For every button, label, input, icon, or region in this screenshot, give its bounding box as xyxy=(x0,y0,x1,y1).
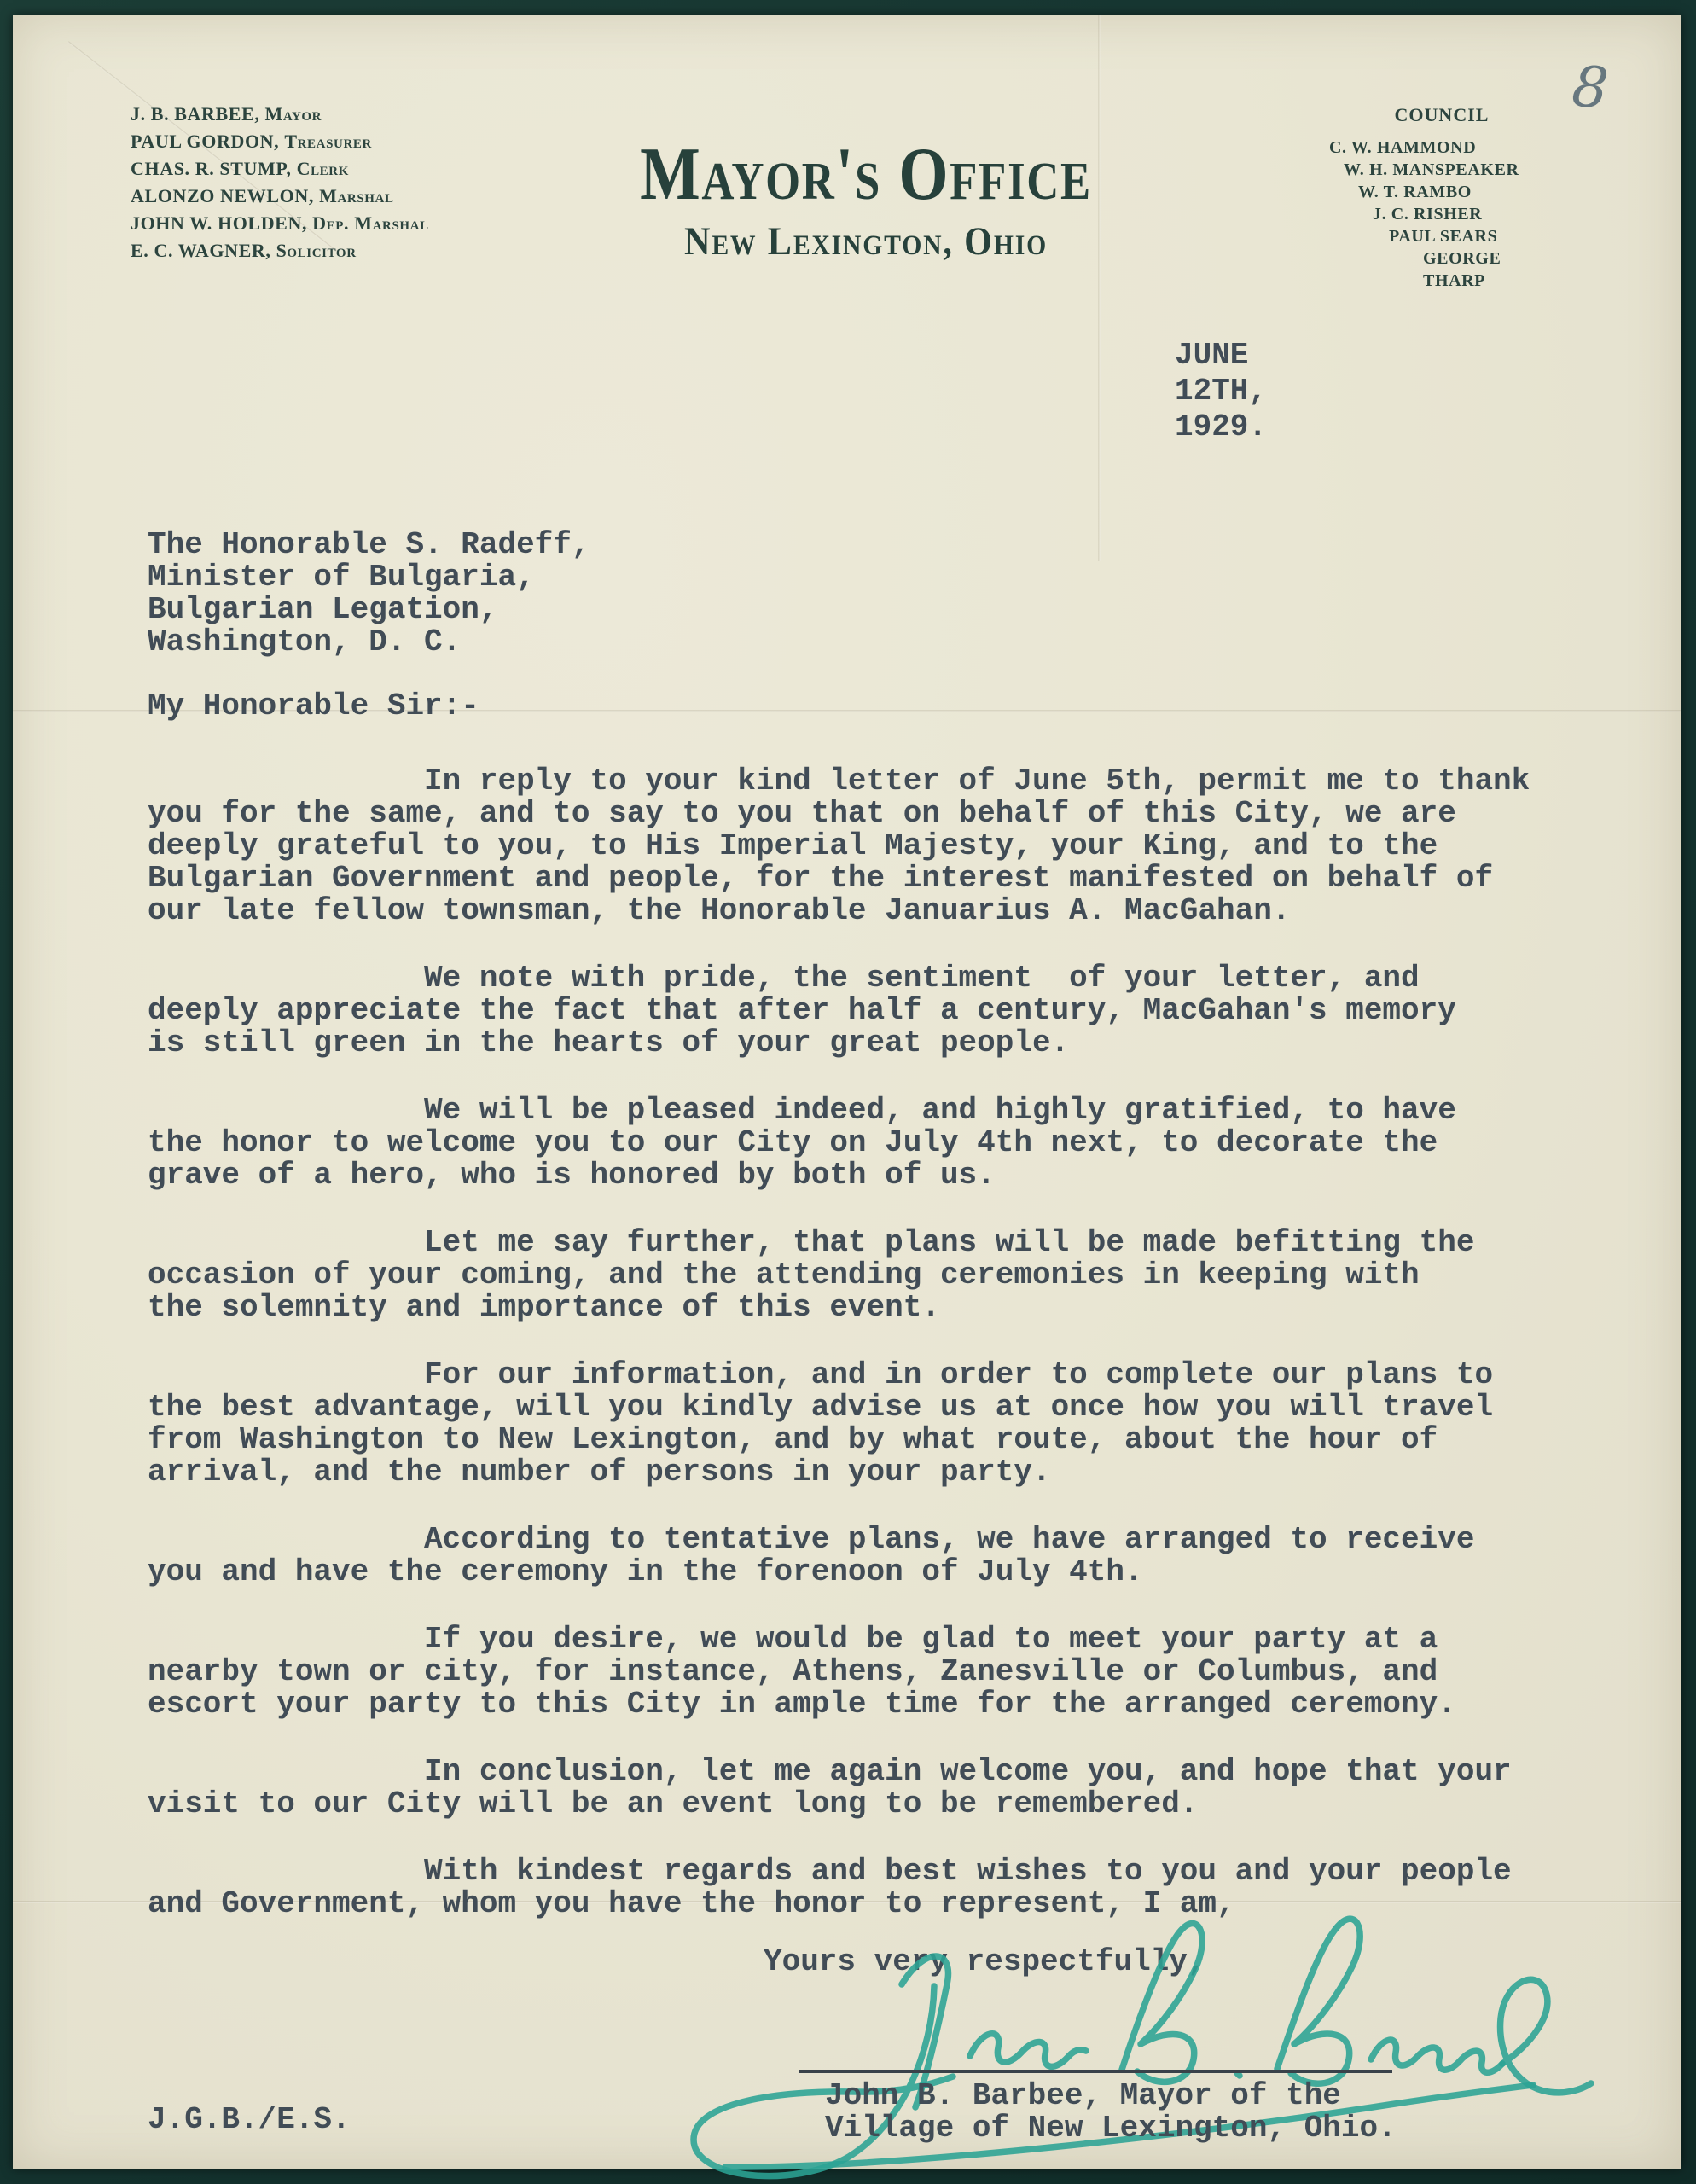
text-line: is still green in the hearts of your gre… xyxy=(148,1027,1623,1060)
handwritten-page-number: 8 xyxy=(1570,53,1612,121)
body-paragraphs: In reply to your kind letter of June 5th… xyxy=(148,765,1623,1920)
text-line: JUNE xyxy=(1175,338,1267,374)
text-line: grave of a hero, who is honored by both … xyxy=(148,1159,1623,1192)
text-line: Washington, D. C. xyxy=(148,626,1623,659)
text-line: Village of New Lexington, Ohio. xyxy=(825,2112,1397,2145)
body-paragraph: For our information, and in order to com… xyxy=(148,1359,1623,1489)
official-name: JOHN W. HOLDEN, xyxy=(131,212,312,234)
text-line: occasion of your coming, and the attendi… xyxy=(148,1259,1623,1292)
office-location: New Lexington, Ohio xyxy=(605,218,1127,264)
text-line: According to tentative plans, we have ar… xyxy=(148,1524,1623,1556)
text-line: our late fellow townsman, the Honorable … xyxy=(148,895,1623,927)
official-role: Marshal xyxy=(319,185,393,206)
text-line: the best advantage, will you kindly advi… xyxy=(148,1391,1623,1424)
text-line: The Honorable S. Radeff, xyxy=(148,529,1623,561)
fold-crease-vertical xyxy=(1098,15,1101,561)
text-line: We note with pride, the sentiment of you… xyxy=(148,962,1623,995)
text-line: We will be pleased indeed, and highly gr… xyxy=(148,1095,1623,1127)
text-line: For our information, and in order to com… xyxy=(148,1359,1623,1391)
letter-body: The Honorable S. Radeff,Minister of Bulg… xyxy=(148,529,1623,1920)
body-paragraph: Let me say further, that plans will be m… xyxy=(148,1227,1623,1324)
official-row: CHAS. R. STUMP, Clerk xyxy=(131,155,429,183)
date-block: JUNE12TH,1929. xyxy=(1175,338,1267,445)
text-line: PAUL SEARS xyxy=(1389,225,1565,247)
council-members-list: C. W. HAMMONDW. H. MANSPEAKERW. T. RAMBO… xyxy=(1327,136,1565,292)
letter-page: J. B. BARBEE, MayorPAUL GORDON, Treasure… xyxy=(13,15,1681,2169)
official-name: J. B. BARBEE, xyxy=(131,103,265,125)
official-row: E. C. WAGNER, Solicitor xyxy=(131,237,429,264)
text-line: C. W. HAMMOND xyxy=(1329,136,1565,159)
text-line: visit to our City will be an event long … xyxy=(148,1788,1623,1821)
official-row: J. B. BARBEE, Mayor xyxy=(131,101,429,128)
text-line: Let me say further, that plans will be m… xyxy=(148,1227,1623,1259)
official-role: Dep. Marshal xyxy=(312,212,429,234)
text-line: deeply appreciate the fact that after ha… xyxy=(148,995,1623,1027)
official-name: ALONZO NEWLON, xyxy=(131,185,319,206)
official-role: Mayor xyxy=(265,103,322,125)
text-line: J. C. RISHER xyxy=(1373,203,1565,225)
body-paragraph: We note with pride, the sentiment of you… xyxy=(148,962,1623,1060)
text-line: escort your party to this City in ample … xyxy=(148,1688,1623,1721)
text-line: you for the same, and to say to you that… xyxy=(148,798,1623,830)
typed-signature-block: John B. Barbee, Mayor of theVillage of N… xyxy=(825,2080,1397,2145)
body-paragraph: If you desire, we would be glad to meet … xyxy=(148,1623,1623,1721)
text-line: In reply to your kind letter of June 5th… xyxy=(148,765,1623,798)
text-line: 12TH, xyxy=(1175,374,1267,409)
signature-underline-rule xyxy=(799,2070,1392,2073)
text-line: Bulgarian Government and people, for the… xyxy=(148,863,1623,895)
salutation: My Honorable Sir:- xyxy=(148,690,1623,723)
office-title: Mayor's Office xyxy=(619,131,1112,218)
text-line: arrival, and the number of persons in yo… xyxy=(148,1456,1623,1489)
text-line: you and have the ceremony in the forenoo… xyxy=(148,1556,1623,1589)
council-heading: COUNCIL xyxy=(1327,104,1557,126)
text-line: GEORGE THARP xyxy=(1423,247,1565,292)
text-line: deeply grateful to you, to His Imperial … xyxy=(148,830,1623,863)
official-row: JOHN W. HOLDEN, Dep. Marshal xyxy=(131,210,429,237)
text-line: 1929. xyxy=(1175,409,1267,445)
text-line: nearby town or city, for instance, Athen… xyxy=(148,1656,1623,1688)
recipient-address: The Honorable S. Radeff,Minister of Bulg… xyxy=(148,529,1623,659)
official-name: CHAS. R. STUMP, xyxy=(131,158,297,179)
text-line: In conclusion, let me again welcome you,… xyxy=(148,1756,1623,1788)
official-row: PAUL GORDON, Treasurer xyxy=(131,128,429,155)
official-role: Clerk xyxy=(297,158,349,179)
text-line: John B. Barbee, Mayor of the xyxy=(825,2080,1397,2112)
scan-background: J. B. BARBEE, MayorPAUL GORDON, Treasure… xyxy=(0,0,1696,2184)
text-line: the honor to welcome you to our City on … xyxy=(148,1127,1623,1159)
official-name: PAUL GORDON, xyxy=(131,131,284,152)
body-paragraph: We will be pleased indeed, and highly gr… xyxy=(148,1095,1623,1192)
official-role: Treasurer xyxy=(284,131,372,152)
council-block: COUNCIL C. W. HAMMONDW. H. MANSPEAKERW. … xyxy=(1327,104,1565,292)
body-paragraph: In conclusion, let me again welcome you,… xyxy=(148,1756,1623,1821)
text-line: W. H. MANSPEAKER xyxy=(1344,159,1565,181)
official-row: ALONZO NEWLON, Marshal xyxy=(131,183,429,210)
body-paragraph: In reply to your kind letter of June 5th… xyxy=(148,765,1623,927)
text-line: W. T. RAMBO xyxy=(1358,181,1565,203)
official-name: E. C. WAGNER, xyxy=(131,240,276,261)
text-line: If you desire, we would be glad to meet … xyxy=(148,1623,1623,1656)
text-line: Bulgarian Legation, xyxy=(148,594,1623,626)
official-role: Solicitor xyxy=(276,240,357,261)
typist-initials: J.G.B./E.S. xyxy=(148,2104,351,2136)
body-paragraph: According to tentative plans, we have ar… xyxy=(148,1524,1623,1589)
text-line: the solemnity and importance of this eve… xyxy=(148,1292,1623,1324)
text-line: from Washington to New Lexington, and by… xyxy=(148,1424,1623,1456)
officials-list: J. B. BARBEE, MayorPAUL GORDON, Treasure… xyxy=(131,101,429,264)
text-line: Minister of Bulgaria, xyxy=(148,561,1623,594)
